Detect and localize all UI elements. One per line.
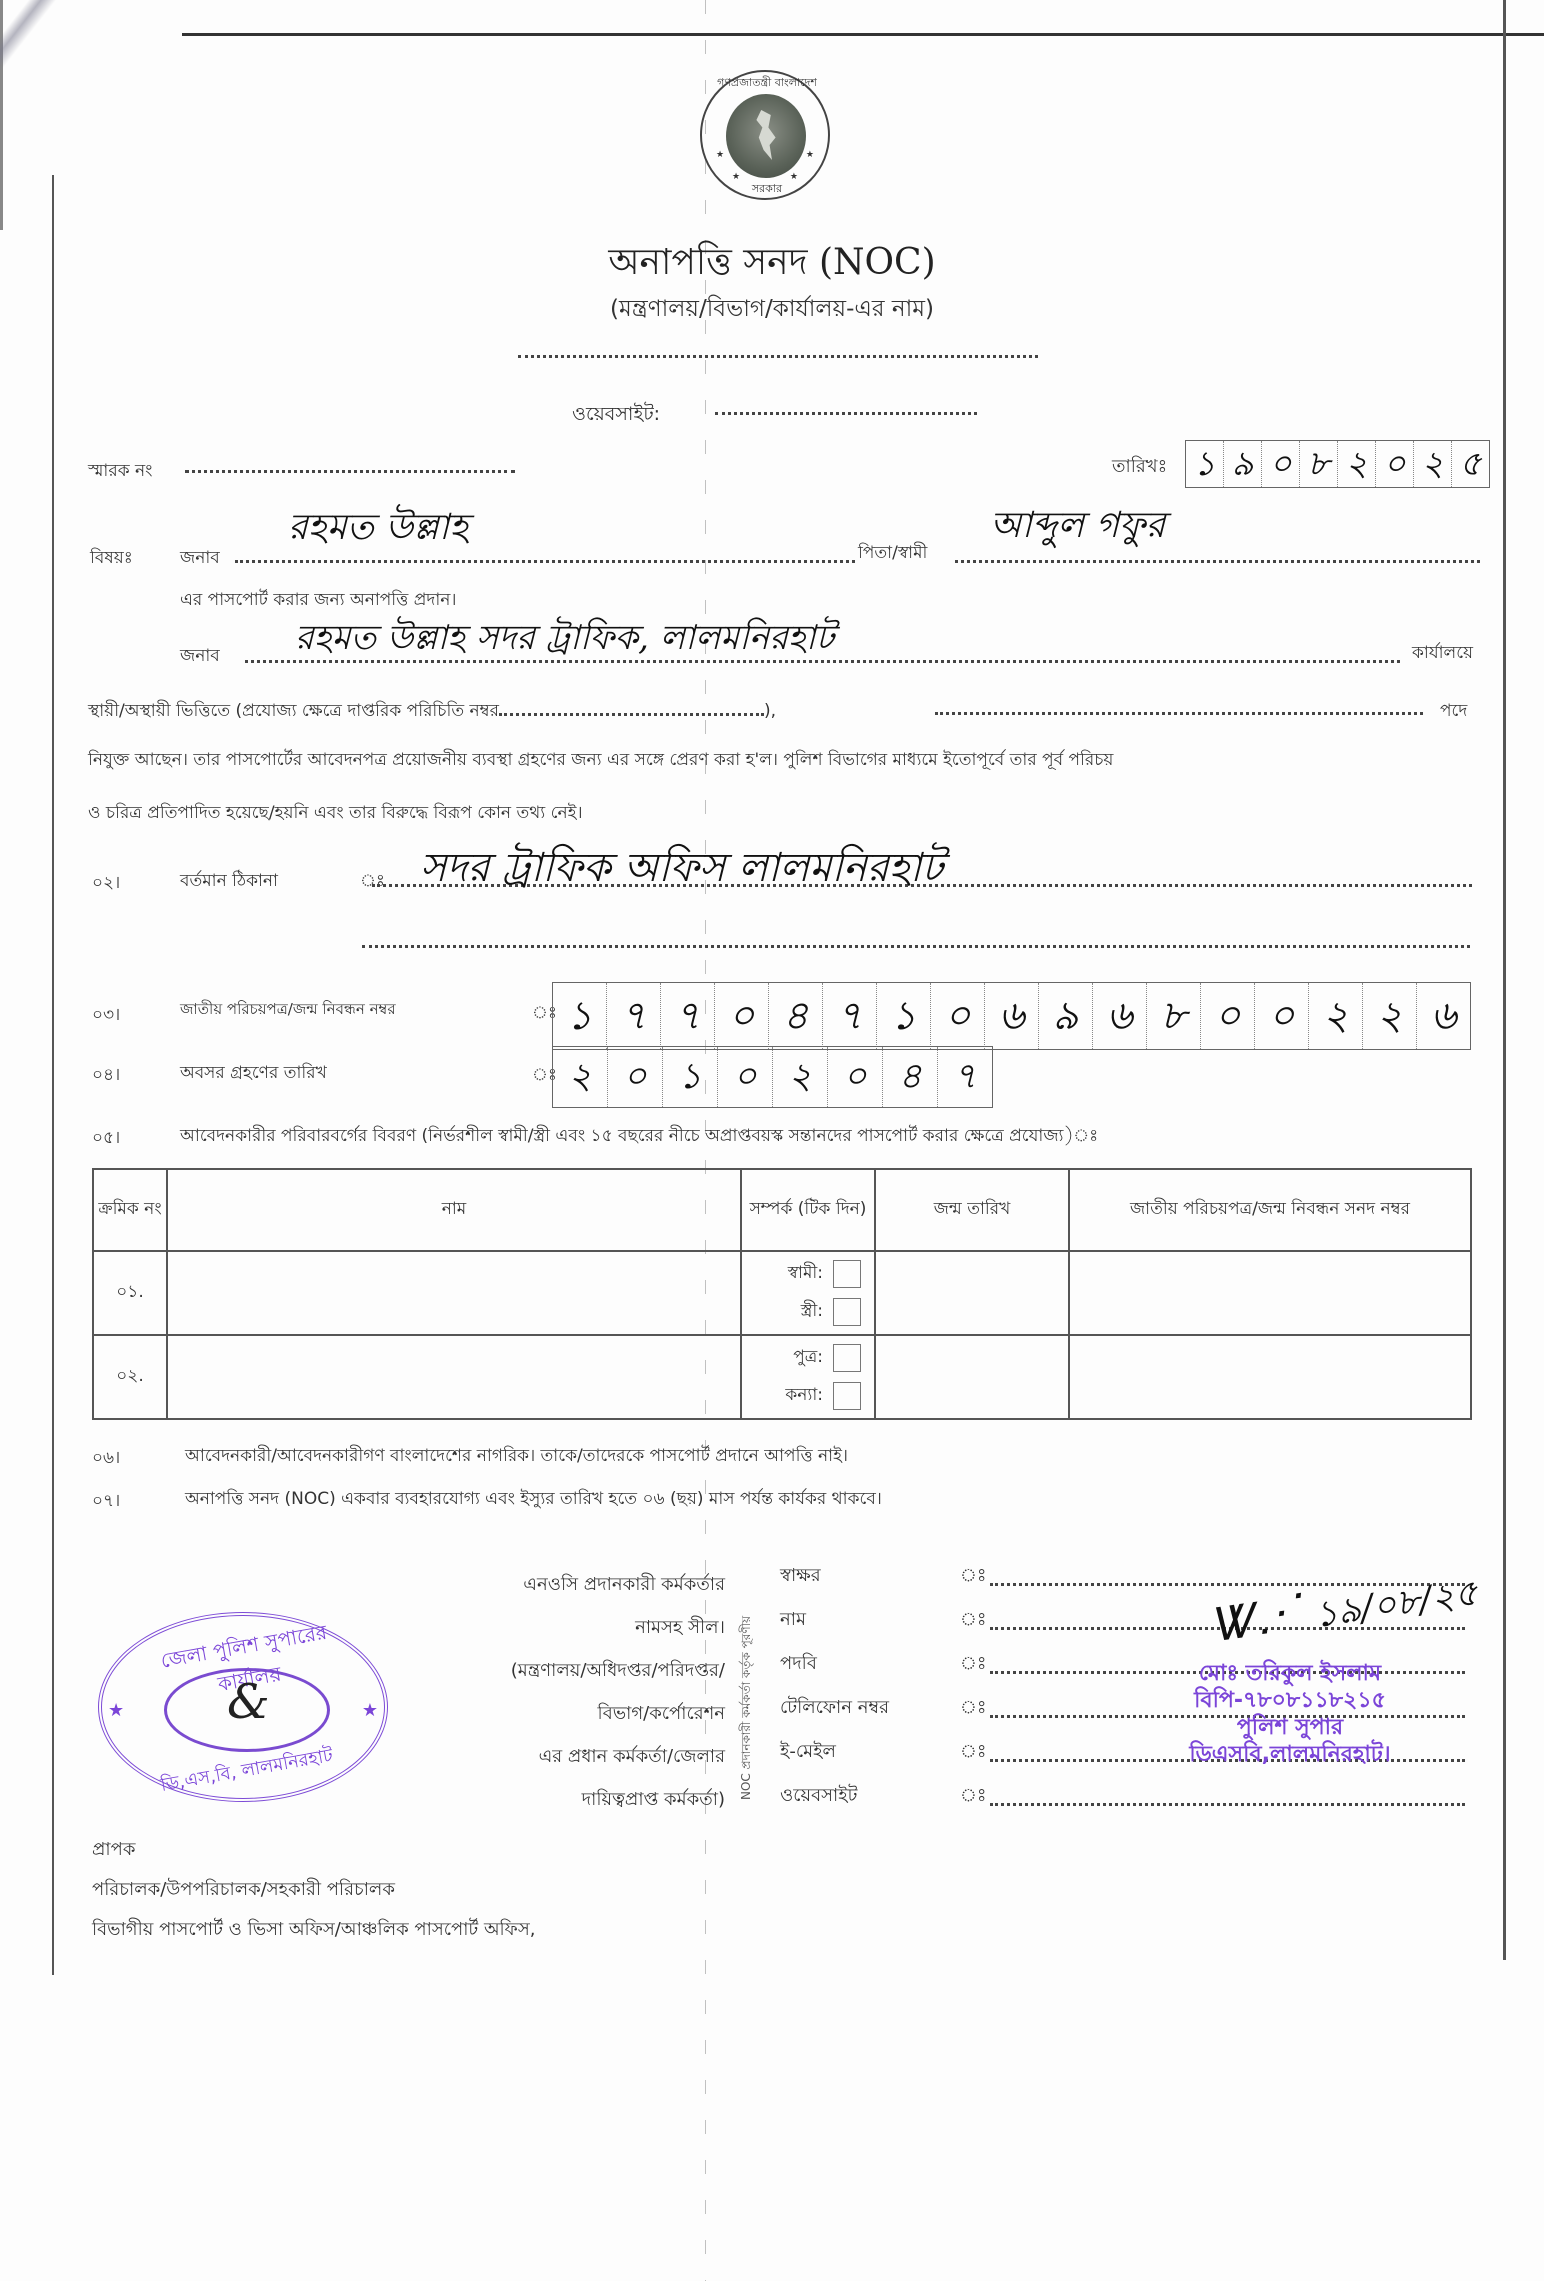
digit-cell: ৬	[985, 983, 1039, 1049]
issuer-description-line: দায়িত্বপ্রাপ্ত কর্মকর্তা)	[420, 1778, 725, 1821]
digit-cell: ২	[773, 1047, 828, 1107]
father-name-field[interactable]	[955, 560, 1480, 563]
issuer-description-line: নামসহ সীল।	[420, 1606, 725, 1649]
row-name-cell[interactable]	[167, 1335, 741, 1419]
digit-cell: ১	[553, 983, 607, 1049]
digit-cell: ৭	[823, 983, 877, 1049]
paragraph-line-3: ও চরিত্র প্রতিপাদিত হয়েছে/হয়নি এবং তার…	[88, 800, 583, 828]
recipient-line-1: পরিচালক/উপপরিচালক/সহকারী পরিচালক	[92, 1875, 395, 1906]
table-row: ০২. পুত্র: কন্যা:	[93, 1335, 1471, 1419]
officer-name-stamp: মোঃ তরিকুল ইসলামবিপি-৭৮০৮১১৮২১৫পুলিশ সুপ…	[1130, 1660, 1450, 1768]
digit-cell: ১	[877, 983, 931, 1049]
colon: ঃ	[960, 1649, 990, 1680]
digit-cell: ৭	[661, 983, 715, 1049]
designation-field[interactable]	[935, 712, 1423, 715]
row-relation-cell: পুত্র: কন্যা:	[741, 1335, 875, 1419]
row-dob-cell[interactable]	[875, 1251, 1069, 1335]
officer-stamp-line: মোঃ তরিকুল ইসলাম	[1130, 1660, 1450, 1687]
digit-cell: ০	[1262, 441, 1300, 487]
row-name-cell[interactable]	[167, 1251, 741, 1335]
family-table-header: ক্রমিক নং নাম সম্পর্ক (টিক দিন) জন্ম তার…	[93, 1169, 1471, 1251]
bangladesh-map-icon	[754, 110, 778, 160]
item-04-number: ০৪।	[92, 1062, 120, 1090]
star-icon: ★	[362, 1700, 378, 1721]
digit-cell: ৯	[1224, 441, 1262, 487]
digit-cell: ০	[608, 1047, 663, 1107]
digit-cell: ২	[1414, 441, 1452, 487]
digit-cell: ০	[1201, 983, 1255, 1049]
digit-cell: ২	[1309, 983, 1363, 1049]
website-field[interactable]	[715, 412, 977, 415]
star-icon: ★	[716, 150, 724, 160]
date-label: তারিখঃ	[1112, 452, 1167, 483]
colon: ঃ	[960, 1561, 990, 1592]
father-name: আব্দুল গফুর	[990, 498, 1165, 558]
clause-07-text: অনাপত্তি সনদ (NOC) একবার ব্যবহারযোগ্য এব…	[185, 1486, 882, 1514]
digit-cell: ২	[553, 1047, 608, 1107]
col-serial: ক্রমিক নং	[93, 1169, 167, 1251]
office-name-field[interactable]	[518, 355, 1038, 358]
issue-date-boxes[interactable]: ১৯০৮২০২৫	[1185, 440, 1490, 488]
paragraph-line-2: নিযুক্ত আছেন। তার পাসপোর্টের আবেদনপত্র প…	[88, 747, 1113, 775]
address-value: সদর ট্রাফিক অফিস লালমনিরহাট	[420, 836, 943, 903]
issuer-field-label: পদবি	[780, 1649, 960, 1680]
office-value: রহমত উল্লাহ সদর ট্রাফিক, লালমনিরহাট	[295, 612, 834, 669]
digit-cell: ০	[718, 1047, 773, 1107]
colon: ঃ	[360, 868, 385, 896]
col-name: নাম	[167, 1169, 741, 1251]
colon: ঃ	[960, 1693, 990, 1724]
relation-label: স্ত্রী:	[801, 1298, 823, 1326]
colon: ঃ	[960, 1605, 990, 1636]
page-border-top	[182, 33, 1544, 36]
document-subtitle: (মন্ত্রণালয়/বিভাগ/কার্যালয়-এর নাম)	[0, 290, 1544, 329]
recipient-line-2: বিভাগীয় পাসপোর্ট ও ভিসা অফিস/আঞ্চলিক পা…	[92, 1915, 535, 1946]
issuer-description-line: এর প্রধান কর্মকর্তা/জেলার	[420, 1735, 725, 1778]
document-title: অনাপত্তি সনদ (NOC)	[0, 235, 1544, 295]
paper-fold-shadow	[0, 0, 207, 138]
relation-label: কন্যা:	[785, 1382, 823, 1410]
nid-label: জাতীয় পরিচয়পত্র/জন্ম নিবন্ধন নম্বর	[180, 998, 396, 1023]
row-serial: ০২.	[93, 1335, 167, 1419]
paragraph-line-1: স্থায়ী/অস্থায়ী ভিত্তিতে (প্রযোজ্য ক্ষে…	[88, 698, 776, 726]
issuer-field-label: ওয়েবসাইট	[780, 1781, 960, 1812]
website-label: ওয়েবসাইট:	[572, 400, 660, 432]
digit-cell: ৫	[1452, 441, 1489, 487]
issuer-field-label: ই-মেইল	[780, 1737, 960, 1768]
clause-06-number: ০৬।	[92, 1445, 120, 1473]
row-nid-cell[interactable]	[1069, 1251, 1471, 1335]
mr-label: জনাব	[180, 545, 220, 573]
government-emblem-icon: গণপ্রজাতন্ত্রী বাংলাদেশ ★ ★ ★ ★ সরকার	[700, 70, 830, 200]
subject-label: বিষয়ঃ	[90, 545, 133, 573]
row-dob-cell[interactable]	[875, 1335, 1069, 1419]
clause-06-text: আবেদনকারী/আবেদনকারীগণ বাংলাদেশের নাগরিক।…	[185, 1443, 848, 1471]
table-row: ০১. স্বামী: স্ত্রী:	[93, 1251, 1471, 1335]
retirement-date-boxes[interactable]: ২০১০২০৪৭	[552, 1046, 993, 1108]
paragraph-line-1-end: পদে	[1440, 698, 1467, 726]
son-checkbox[interactable]	[833, 1344, 861, 1372]
issuer-field-label: নাম	[780, 1605, 960, 1636]
memo-no-label: স্মারক নং	[88, 458, 152, 486]
emblem-top-text: গণপ্রজাতন্ত্রী বাংলাদেশ	[710, 74, 824, 93]
col-nid: জাতীয় পরিচয়পত্র/জন্ম নিবন্ধন সনদ নম্বর	[1069, 1169, 1471, 1251]
digit-cell: ৮	[1147, 983, 1201, 1049]
wife-checkbox[interactable]	[833, 1298, 861, 1326]
digit-cell: ৭	[938, 1047, 992, 1107]
star-icon: ★	[806, 150, 814, 160]
vertical-note: NOC প্রদানকারী কর্মকর্তা কর্তৃক পূরণীয়	[738, 1616, 758, 1800]
star-icon: ★	[108, 1700, 124, 1721]
relation-label: স্বামী:	[788, 1260, 823, 1288]
relation-label: পুত্র:	[793, 1344, 823, 1372]
colon: ঃ	[960, 1737, 990, 1768]
official-id-field[interactable]	[499, 713, 764, 716]
digit-cell: ০	[828, 1047, 883, 1107]
issuer-description-line: এনওসি প্রদানকারী কর্মকর্তার	[420, 1563, 725, 1606]
family-label: আবেদনকারীর পরিবারবর্গের বিবরণ (নির্ভরশীল…	[180, 1123, 1098, 1151]
retirement-label: অবসর গ্রহণের তারিখ	[180, 1060, 327, 1088]
officer-stamp-line: পুলিশ সুপার	[1130, 1714, 1450, 1741]
digit-cell: ৬	[1093, 983, 1147, 1049]
digit-cell: ৪	[883, 1047, 938, 1107]
address-field-line-2[interactable]	[362, 945, 1470, 948]
clause-07-number: ০৭।	[92, 1488, 120, 1516]
memo-no-field[interactable]	[185, 470, 515, 473]
applicant-name: রহমত উল্লাহ	[288, 500, 468, 560]
emblem-bottom-text: সরকার	[742, 180, 792, 199]
issuer-description: এনওসি প্রদানকারী কর্মকর্তারনামসহ সীল।(মন…	[420, 1563, 725, 1821]
star-icon: ★	[732, 172, 740, 182]
item-05-number: ০৫।	[92, 1125, 120, 1153]
paragraph-line-1-start: স্থায়ী/অস্থায়ী ভিত্তিতে (প্রযোজ্য ক্ষে…	[88, 701, 499, 721]
digit-cell: ৮	[1300, 441, 1338, 487]
office-mr-label: জনাব	[180, 643, 220, 671]
col-relation: সম্পর্ক (টিক দিন)	[741, 1169, 875, 1251]
digit-cell: ১	[1186, 441, 1224, 487]
officer-stamp-line: ডিএসবি,লালমনিরহাট।	[1130, 1741, 1450, 1768]
digit-cell: ০	[1376, 441, 1414, 487]
digit-cell: ৭	[607, 983, 661, 1049]
digit-cell: ০	[931, 983, 985, 1049]
issuer-field-input[interactable]	[990, 1803, 1465, 1806]
row-relation-cell: স্বামী: স্ত্রী:	[741, 1251, 875, 1335]
digit-cell: ২	[1363, 983, 1417, 1049]
signature-date: ১৯/০৮/২৫	[1312, 1572, 1481, 1635]
office-suffix: কার্যালয়ে	[1412, 640, 1473, 668]
issuer-field-row: ওয়েবসাইটঃ	[780, 1768, 1480, 1812]
issuer-field-label: স্বাক্ষর	[780, 1561, 960, 1592]
digit-cell: ২	[1338, 441, 1376, 487]
applicant-name-field[interactable]	[235, 560, 855, 563]
officer-stamp-line: বিপি-৭৮০৮১১৮২১৫	[1130, 1687, 1450, 1714]
family-table: ক্রমিক নং নাম সম্পর্ক (টিক দিন) জন্ম তার…	[92, 1168, 1472, 1420]
digit-cell: ৬	[1417, 983, 1470, 1049]
paragraph-line-1-mid: ),	[764, 701, 776, 721]
issuer-description-line: বিভাগ/কর্পোরেশন	[420, 1692, 725, 1735]
item-02-number: ০২।	[92, 870, 120, 898]
issuer-field-label: টেলিফোন নম্বর	[780, 1693, 960, 1724]
office-round-stamp: জেলা পুলিশ সুপারের কার্যালয় ★ ★ & ডি,এস…	[98, 1612, 388, 1802]
digit-cell: ০	[1255, 983, 1309, 1049]
digit-cell: ৯	[1039, 983, 1093, 1049]
digit-cell: ০	[715, 983, 769, 1049]
address-label: বর্তমান ঠিকানা	[180, 868, 278, 896]
subject-purpose: এর পাসপোর্ট করার জন্য অনাপত্তি প্রদান।	[180, 587, 457, 615]
initials-signature: &	[227, 1674, 270, 1730]
item-03-number: ০৩।	[92, 1002, 120, 1030]
father-label: পিতা/স্বামী	[858, 540, 927, 568]
col-dob: জন্ম তারিখ	[875, 1169, 1069, 1251]
daughter-checkbox[interactable]	[833, 1382, 861, 1410]
recipient-label: প্রাপক	[92, 1835, 135, 1866]
nid-digit-boxes[interactable]: ১৭৭০৪৭১০৬৯৬৮০০২২৬	[552, 982, 1471, 1050]
row-nid-cell[interactable]	[1069, 1335, 1471, 1419]
husband-checkbox[interactable]	[833, 1260, 861, 1288]
colon: ঃ	[960, 1781, 990, 1812]
page-border-left	[52, 175, 54, 1975]
issuer-description-line: (মন্ত্রণালয়/অধিদপ্তর/পরিদপ্তর/	[420, 1649, 725, 1692]
row-serial: ০১.	[93, 1251, 167, 1335]
digit-cell: ৪	[769, 983, 823, 1049]
digit-cell: ১	[663, 1047, 718, 1107]
